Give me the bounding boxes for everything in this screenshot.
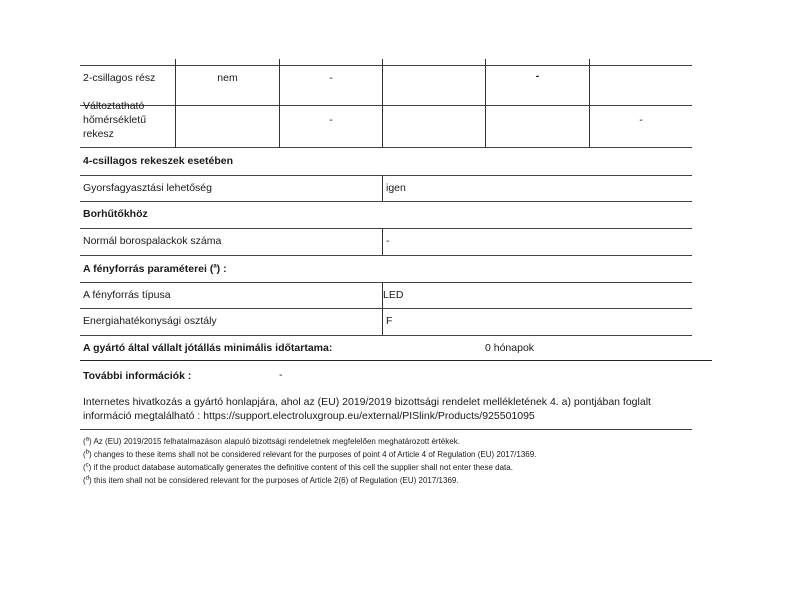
row-label: Energiahatékonysági osztály: [83, 315, 217, 328]
row-value: -: [386, 235, 390, 248]
column-divider: [382, 228, 383, 255]
table-rule: [80, 65, 692, 66]
footnote-mark: c: [86, 462, 89, 468]
web-link-line-1: Internetes hivatkozás a gyártó honlapjár…: [83, 396, 651, 409]
footnote-a: (a) Az (EU) 2019/2015 felhatalmazáson al…: [83, 436, 460, 448]
section-heading: 4-csillagos rekeszek esetében: [83, 155, 233, 168]
footnote-c: (c) if the product database automaticall…: [83, 462, 513, 474]
cell-value: -: [590, 114, 692, 127]
cell-value: -: [280, 114, 382, 127]
row-value: igen: [386, 182, 406, 195]
footnote-mark: b: [86, 449, 89, 455]
heading-suffix: ) :: [217, 263, 227, 275]
warranty-value: 0 hónapok: [485, 342, 534, 355]
web-link-line-2[interactable]: információ megtalálható : https://suppor…: [83, 410, 535, 423]
row-label-line-3: rekesz: [83, 128, 114, 141]
table-rule: [80, 105, 692, 106]
row-label: Normál borospalackok száma: [83, 235, 221, 248]
footnote-b: (b) changes to these items shall not be …: [83, 449, 536, 461]
table-rule: [80, 255, 692, 256]
footnote-text: changes to these items shall not be cons…: [92, 450, 537, 459]
table-rule: [80, 201, 692, 202]
table-rule: [80, 308, 692, 309]
row-value: LED: [383, 289, 403, 302]
table-rule: [80, 335, 692, 336]
warranty-label: A gyártó által vállalt jótállás minimáli…: [83, 342, 332, 355]
footnote-d: (d) this item shall not be considered re…: [83, 475, 459, 487]
row-label-line-1: Változtatható: [83, 100, 144, 113]
row-label: 2-csillagos rész: [83, 72, 155, 85]
more-info-value: -: [279, 369, 283, 382]
row-value: F: [386, 315, 392, 328]
table-rule: [80, 147, 692, 148]
cell-value: -: [486, 70, 589, 83]
section-heading: Borhűtőkhöz: [83, 208, 148, 221]
footnote-text: this item shall not be considered releva…: [92, 476, 459, 485]
table-rule: [80, 282, 692, 283]
table-rule: [80, 360, 712, 361]
footnote-mark: a: [86, 436, 89, 442]
cell-value: -: [280, 72, 382, 85]
table-rule: [80, 175, 692, 176]
column-divider: [382, 175, 383, 202]
row-label-line-2: hőmérsékletű: [83, 114, 146, 127]
column-divider: [382, 59, 383, 148]
footnote-text: if the product database automatically ge…: [91, 463, 513, 472]
footnote-mark: d: [86, 475, 89, 481]
table-rule: [80, 429, 692, 430]
cell-value: nem: [176, 72, 279, 85]
table-rule: [80, 228, 692, 229]
column-divider: [589, 59, 590, 148]
section-heading: A fényforrás paraméterei (a) :: [83, 263, 227, 276]
heading-text: A fényforrás paraméterei (: [83, 263, 213, 275]
row-label: A fényforrás típusa: [83, 289, 171, 302]
more-info-label: További információk :: [83, 370, 191, 383]
footnote-text: Az (EU) 2019/2015 felhatalmazáson alapul…: [92, 437, 460, 446]
row-label: Gyorsfagyasztási lehetőség: [83, 182, 212, 195]
